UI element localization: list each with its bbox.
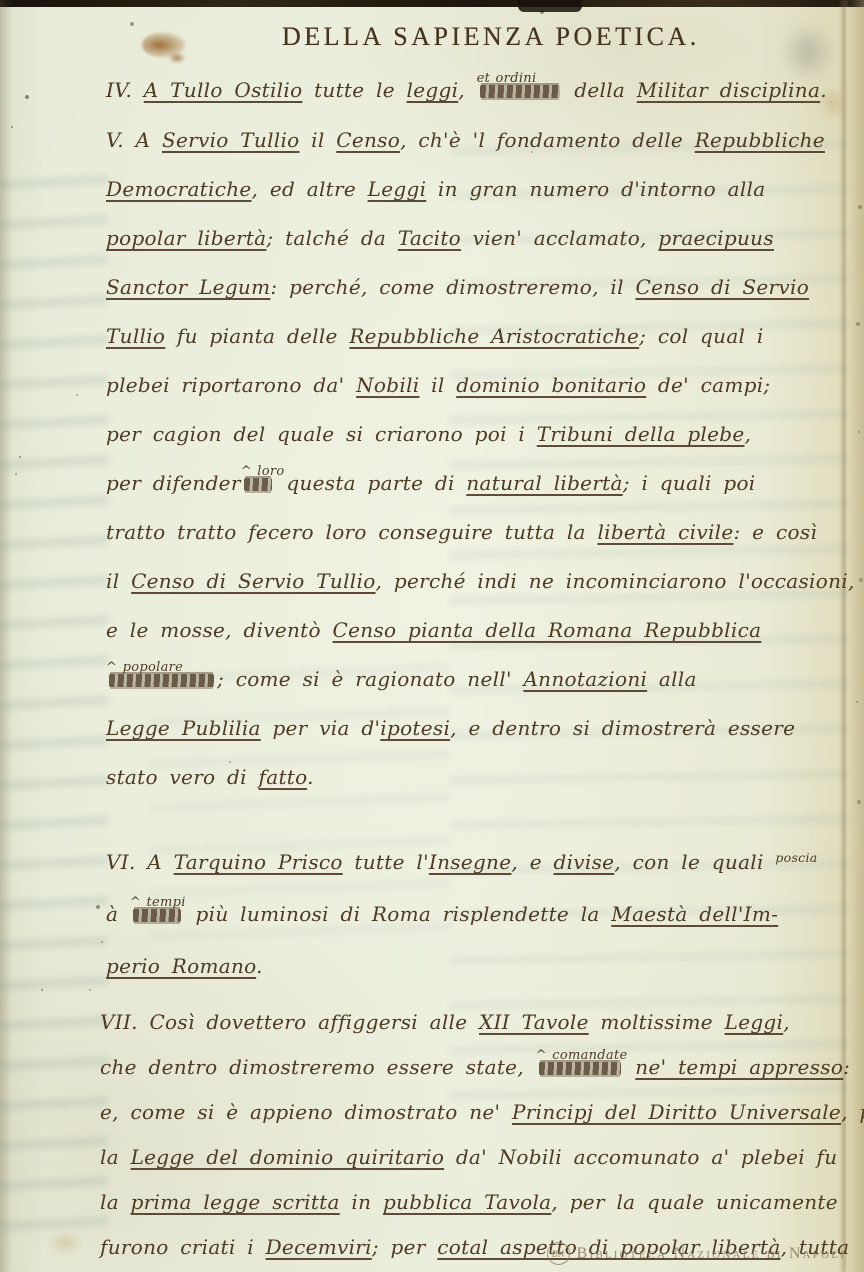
text-segment: prima legge scritta bbox=[131, 1190, 340, 1214]
text-segment: fu pianta delle bbox=[165, 324, 349, 348]
text-segment: leggi bbox=[407, 78, 459, 102]
text-segment: , bbox=[783, 1010, 790, 1034]
text-segment: alla bbox=[647, 667, 697, 691]
scribbled-out-word bbox=[244, 478, 272, 491]
page-top-edge bbox=[518, 0, 582, 12]
paragraph-VII: VII. Così dovettero affiggersi alle XII … bbox=[100, 1000, 850, 1270]
text-segment: Militar disciplina bbox=[637, 78, 820, 102]
text-segment: Insegne bbox=[429, 850, 512, 874]
text-segment: natural libertà bbox=[466, 471, 622, 495]
text-segment: ipotesi bbox=[380, 716, 450, 740]
text-segment: XII Tavole bbox=[479, 1010, 589, 1034]
ink-specks bbox=[25, 95, 29, 99]
text-segment: , per la quale unicamente bbox=[551, 1190, 837, 1214]
text-segment: . bbox=[256, 954, 263, 978]
manuscript-line: e, come si è appieno dimostrato ne' Prin… bbox=[100, 1090, 850, 1135]
text-segment: ne' tempi appresso bbox=[635, 1055, 843, 1079]
text-segment: Nobili bbox=[356, 373, 419, 397]
scribbled-out-word bbox=[109, 674, 214, 687]
text-segment: de' campi; bbox=[646, 373, 770, 397]
text-segment: libertà civile bbox=[597, 520, 733, 544]
text-segment: Censo di Servio Tullio bbox=[131, 569, 375, 593]
manuscript-line: per cagion del quale si criarono poi i T… bbox=[106, 410, 850, 459]
text-segment: la bbox=[100, 1145, 131, 1169]
text-segment: più luminosi di Roma risplendette la bbox=[184, 902, 611, 926]
text-segment: Sanctor Legum bbox=[106, 275, 270, 299]
text-segment: ; per bbox=[372, 1235, 437, 1259]
text-segment: Annotazioni bbox=[523, 667, 647, 691]
text-segment: IV. bbox=[106, 78, 144, 102]
text-segment: A Tullo Ostilio bbox=[144, 78, 303, 102]
manuscript-line: stato vero di fatto. bbox=[106, 753, 850, 802]
library-watermark: BN Biblioteca Nazionale di Napoli bbox=[547, 1242, 846, 1265]
manuscript-line: popolar libertà; talché da Tacito vien' … bbox=[106, 214, 850, 263]
foxing-stain bbox=[48, 1232, 82, 1254]
page-right-edge bbox=[848, 0, 864, 1272]
text-segment: popolar libertà bbox=[106, 226, 266, 250]
manuscript-line: VII. Così dovettero affiggersi alle XII … bbox=[100, 1000, 850, 1045]
text-segment: . bbox=[820, 78, 827, 102]
text-segment: , perché indi ne incominciarono l'occasi… bbox=[376, 569, 855, 593]
text-segment: , con le quali bbox=[614, 850, 775, 874]
text-segment: e le mosse, diventò bbox=[106, 618, 333, 642]
text-segment: furono criati i bbox=[100, 1235, 266, 1259]
text-segment: , perché bbox=[841, 1100, 864, 1124]
page-top-edge bbox=[0, 0, 864, 7]
text-segment: in bbox=[340, 1190, 383, 1214]
text-segment: ; come si è ragionato nell' bbox=[217, 667, 523, 691]
text-segment: Principj del Diritto Universale bbox=[512, 1100, 841, 1124]
text-segment: , e bbox=[511, 850, 553, 874]
text-segment: il bbox=[419, 373, 456, 397]
text-segment: Servio Tullio bbox=[162, 128, 300, 152]
text-segment: Legge Publilia bbox=[106, 716, 261, 740]
text-segment: vien' acclamato, bbox=[461, 226, 658, 250]
manuscript-line: Democratiche, ed altre Leggi in gran num… bbox=[106, 165, 850, 214]
text-segment: à bbox=[106, 902, 130, 926]
text-segment: Decemviri bbox=[266, 1235, 372, 1259]
text-segment: tutte le bbox=[302, 78, 406, 102]
text-segment: dominio bonitario bbox=[456, 373, 646, 397]
manuscript-body: IV. A Tullo Ostilio tutte le leggi, et o… bbox=[106, 64, 850, 1270]
manuscript-line: che dentro dimostreremo essere state, ^ … bbox=[100, 1045, 850, 1090]
text-segment: tratto tratto fecero loro conseguire tut… bbox=[106, 520, 597, 544]
text-segment: Maestà dell'Im- bbox=[611, 902, 778, 926]
text-segment: ; i quali poi bbox=[623, 471, 756, 495]
text-segment: il bbox=[300, 128, 337, 152]
text-segment: divise bbox=[554, 850, 615, 874]
text-segment: Repubbliche bbox=[695, 128, 825, 152]
text-segment: Repubbliche Aristocratiche bbox=[349, 324, 639, 348]
text-segment: questa parte di bbox=[275, 471, 467, 495]
paragraph-VI: VI. A Tarquino Prisco tutte l'Insegne, e… bbox=[106, 836, 850, 992]
manuscript-line: IV. A Tullo Ostilio tutte le leggi, et o… bbox=[106, 64, 850, 116]
text-segment: praecipuus bbox=[658, 226, 774, 250]
text-segment: per difender bbox=[106, 471, 241, 495]
text-segment: : bbox=[843, 1055, 850, 1079]
text-segment: tutte l' bbox=[343, 850, 429, 874]
text-segment: Leggi bbox=[725, 1010, 784, 1034]
text-segment: Tacito bbox=[398, 226, 461, 250]
manuscript-line: Tullio fu pianta delle Repubbliche Arist… bbox=[106, 312, 850, 361]
text-segment: e, come si è appieno dimostrato ne' bbox=[100, 1100, 512, 1124]
scribbled-out-word bbox=[480, 85, 560, 98]
text-segment: plebei riportarono da' bbox=[106, 373, 356, 397]
text-segment: Tribuni della plebe bbox=[537, 422, 745, 446]
manuscript-line: la Legge del dominio quiritario da' Nobi… bbox=[100, 1135, 850, 1180]
text-segment: che dentro dimostreremo essere state, bbox=[100, 1055, 536, 1079]
text-segment: da' Nobili accomunato a' plebei fu bbox=[444, 1145, 837, 1169]
text-segment: Tullio bbox=[106, 324, 165, 348]
text-segment: pubblica Tavola bbox=[383, 1190, 551, 1214]
text-segment: Censo pianta della Romana Repubblica bbox=[333, 618, 762, 642]
text-segment: Legge del dominio quiritario bbox=[131, 1145, 445, 1169]
text-segment: in gran numero d'intorno alla bbox=[426, 177, 765, 201]
text-segment: per cagion del quale si criarono poi i bbox=[106, 422, 537, 446]
text-segment: , bbox=[458, 78, 476, 102]
text-segment: , ch'è 'l fondamento delle bbox=[400, 128, 695, 152]
paragraph-V: V. A Servio Tullio il Censo, ch'è 'l fon… bbox=[106, 116, 850, 802]
page-title: DELLA SAPIENZA POETICA. bbox=[282, 22, 700, 52]
manuscript-line: V. A Servio Tullio il Censo, ch'è 'l fon… bbox=[106, 116, 850, 165]
text-segment: fatto bbox=[259, 765, 308, 789]
text-segment: Censo bbox=[336, 128, 400, 152]
manuscript-line: la prima legge scritta in pubblica Tavol… bbox=[100, 1180, 850, 1225]
manuscript-line: ^ popolare; come si è ragionato nell' An… bbox=[106, 655, 850, 704]
text-segment: : e così bbox=[733, 520, 817, 544]
manuscript-line: il Censo di Servio Tullio, perché indi n… bbox=[106, 557, 850, 606]
manuscript-line: plebei riportarono da' Nobili il dominio… bbox=[106, 361, 850, 410]
text-segment: ; col qual i bbox=[639, 324, 763, 348]
text-segment: moltissime bbox=[589, 1010, 725, 1034]
manuscript-line: tratto tratto fecero loro conseguire tut… bbox=[106, 508, 850, 557]
text-segment: VI. A bbox=[106, 850, 174, 874]
text-segment: la bbox=[100, 1190, 131, 1214]
text-segment: , e dentro si dimostrerà essere bbox=[450, 716, 795, 740]
manuscript-page: DELLA SAPIENZA POETICA. IV. A Tullo Osti… bbox=[0, 0, 864, 1272]
text-segment: Tarquino Prisco bbox=[174, 850, 343, 874]
text-segment: il bbox=[106, 569, 131, 593]
text-segment: VII. Così dovettero affiggersi alle bbox=[100, 1010, 479, 1034]
text-segment: per via d' bbox=[261, 716, 381, 740]
page-left-edge bbox=[0, 0, 12, 1272]
ink-stain bbox=[142, 32, 186, 58]
text-segment: Democratiche bbox=[106, 177, 252, 201]
text-segment: V. A bbox=[106, 128, 162, 152]
text-segment: , ed altre bbox=[252, 177, 368, 201]
paragraph-IV: IV. A Tullo Ostilio tutte le leggi, et o… bbox=[106, 64, 850, 116]
manuscript-line: à ^ tempi più luminosi di Roma risplende… bbox=[106, 888, 850, 940]
text-segment: : perché, come dimostreremo, il bbox=[270, 275, 635, 299]
text-segment: della bbox=[563, 78, 637, 102]
text-segment: . bbox=[307, 765, 314, 789]
manuscript-line: VI. A Tarquino Prisco tutte l'Insegne, e… bbox=[106, 836, 850, 888]
manuscript-line: per difender^ loro questa parte di natur… bbox=[106, 459, 850, 508]
manuscript-line: e le mosse, diventò Censo pianta della R… bbox=[106, 606, 850, 655]
ink-stain bbox=[168, 52, 186, 64]
library-watermark-label: Biblioteca Nazionale di Napoli bbox=[577, 1245, 846, 1263]
text-segment: , bbox=[745, 422, 752, 446]
manuscript-line: Sanctor Legum: perché, come dimostreremo… bbox=[106, 263, 850, 312]
text-segment: Censo di Servio bbox=[635, 275, 809, 299]
scribbled-out-word bbox=[539, 1062, 621, 1075]
library-emblem-icon: BN bbox=[547, 1242, 570, 1265]
margin-note: poscia bbox=[775, 832, 817, 884]
text-segment: ; talché da bbox=[266, 226, 397, 250]
text-segment: Leggi bbox=[368, 177, 427, 201]
bleedthrough-ghost bbox=[0, 150, 108, 1250]
text-segment: perio Romano bbox=[106, 954, 256, 978]
manuscript-line: perio Romano. bbox=[106, 940, 850, 992]
scribbled-out-word bbox=[133, 909, 181, 922]
text-segment: stato vero di bbox=[106, 765, 259, 789]
manuscript-line: Legge Publilia per via d'ipotesi, e dent… bbox=[106, 704, 850, 753]
